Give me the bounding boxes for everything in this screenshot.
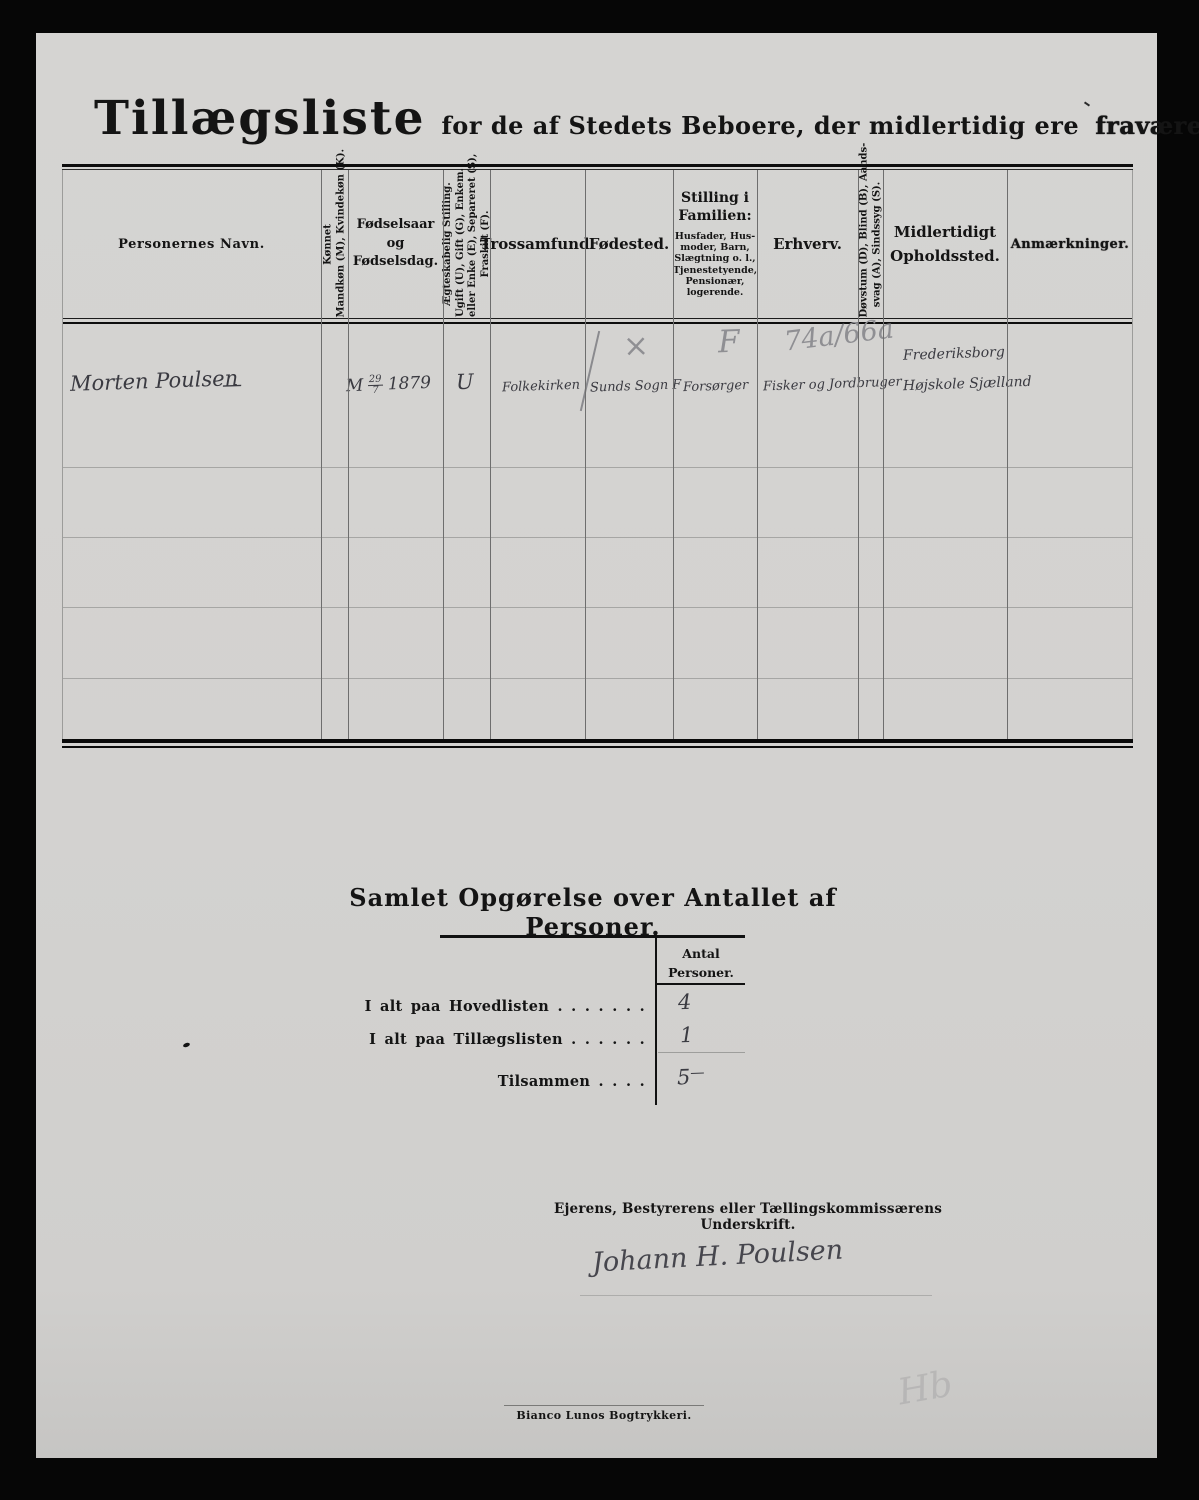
summary-label-supplement: I alt paa Tillægslisten . . . . . . [325, 1031, 645, 1048]
column-header-name: Personernes Navn. [62, 170, 321, 318]
entry-birthplace: Sunds Sogn F [590, 377, 682, 395]
table-body: Morten Poulsen — M 297 1879 U Folkekirke… [62, 324, 1133, 739]
entry-name: Morten Poulsen [70, 366, 239, 396]
column-header-sex: Kønnet Mandkøn (M), Kvindekøn (K). [321, 170, 348, 318]
entry-occupation: Fisker og Jordbruger [763, 375, 902, 395]
signature-name: Johann H. Poulsen [591, 1234, 843, 1278]
summary-header-rule [656, 983, 745, 985]
table-header-row: Personernes Navn. Kønnet Mandkøn (M), Kv… [62, 170, 1133, 318]
entry-residence-line1: Frederiksborg [903, 344, 1005, 364]
row-separator [62, 537, 1133, 538]
pencil-x-mark: × [622, 328, 649, 365]
paper-sheet: Tillægsliste for de af Stedets Beboere, … [36, 33, 1157, 1458]
page-title-rest: for de af Stedets Beboere, der midlertid… [441, 111, 1079, 140]
summary-value-mainlist: 4 [678, 990, 692, 1014]
signature-line [580, 1295, 932, 1296]
entry-family-position: Forsørger [683, 378, 749, 395]
row-separator [62, 678, 1133, 679]
pencil-slash-mark [580, 331, 600, 411]
entry-marital: U [456, 370, 475, 395]
ink-speck [183, 1042, 191, 1048]
pencil-f-mark: F [717, 324, 740, 361]
column-header-temporary-residence: Midlertidigt Opholdssted. [883, 170, 1007, 318]
summary-column-header: Antal Personer. [656, 945, 746, 983]
column-header-disability: Døvstum (D), Blind (B), Aands- svag (A),… [858, 170, 883, 318]
column-header-religion: Trossamfund. [490, 170, 585, 318]
column-header-remarks: Anmærkninger. [1007, 170, 1133, 318]
row-separator [62, 467, 1133, 468]
summary-top-rule [440, 935, 745, 938]
page-title: Tillægsliste for de af Stedets Beboere, … [94, 91, 1114, 146]
summary-label-mainlist: I alt paa Hovedlisten . . . . . . . [325, 998, 645, 1015]
column-header-family-position: Stilling i Familien: Husfader, Hus- mode… [673, 170, 757, 318]
faint-pencil-scribble: Hb [895, 1364, 956, 1414]
summary-sum-rule [658, 1052, 745, 1053]
column-header-birthplace: Fødested. [585, 170, 673, 318]
column-header-marital-status: Ægteskabelig Stilling. Ugift (U), Gift (… [443, 170, 490, 318]
printer-imprint: Bianco Lunos Bogtrykkeri. [504, 1405, 704, 1422]
signature-caption: Ejerens, Bestyrerens eller Tællingskommi… [548, 1201, 948, 1233]
summary-title: Samlet Opgørelse over Antallet af Person… [303, 883, 883, 941]
page-title-emphasis: fraværende. [1095, 111, 1199, 140]
scanned-page: Tillægsliste for de af Stedets Beboere, … [0, 0, 1199, 1500]
page-title-main: Tillægsliste [94, 91, 425, 146]
column-header-occupation: Erhverv. [757, 170, 858, 318]
table-bottom-rule [62, 739, 1133, 748]
column-header-birthdate: Fødselsaar og Fødselsdag. [348, 170, 443, 318]
summary-value-supplement: 1 [680, 1023, 694, 1047]
entry-religion: Folkekirken [502, 378, 581, 396]
entry-sex: M [346, 376, 364, 397]
sex-header-line2: Mandkøn (M), Kvindekøn (K). [335, 171, 348, 317]
sex-header-line1: Kønnet [322, 171, 335, 317]
entry-birth-year: 1879 [387, 373, 431, 394]
entry-name-dash: — [222, 372, 243, 397]
summary-label-total: Tilsammen . . . . [325, 1073, 645, 1090]
row-separator [62, 607, 1133, 608]
entry-birthdate: 297 1879 [368, 373, 432, 396]
entry-residence-line2: Højskole Sjælland [903, 374, 1032, 394]
census-table: Personernes Navn. Kønnet Mandkøn (M), Kv… [62, 164, 1133, 748]
summary-value-total: 5 [677, 1065, 705, 1090]
